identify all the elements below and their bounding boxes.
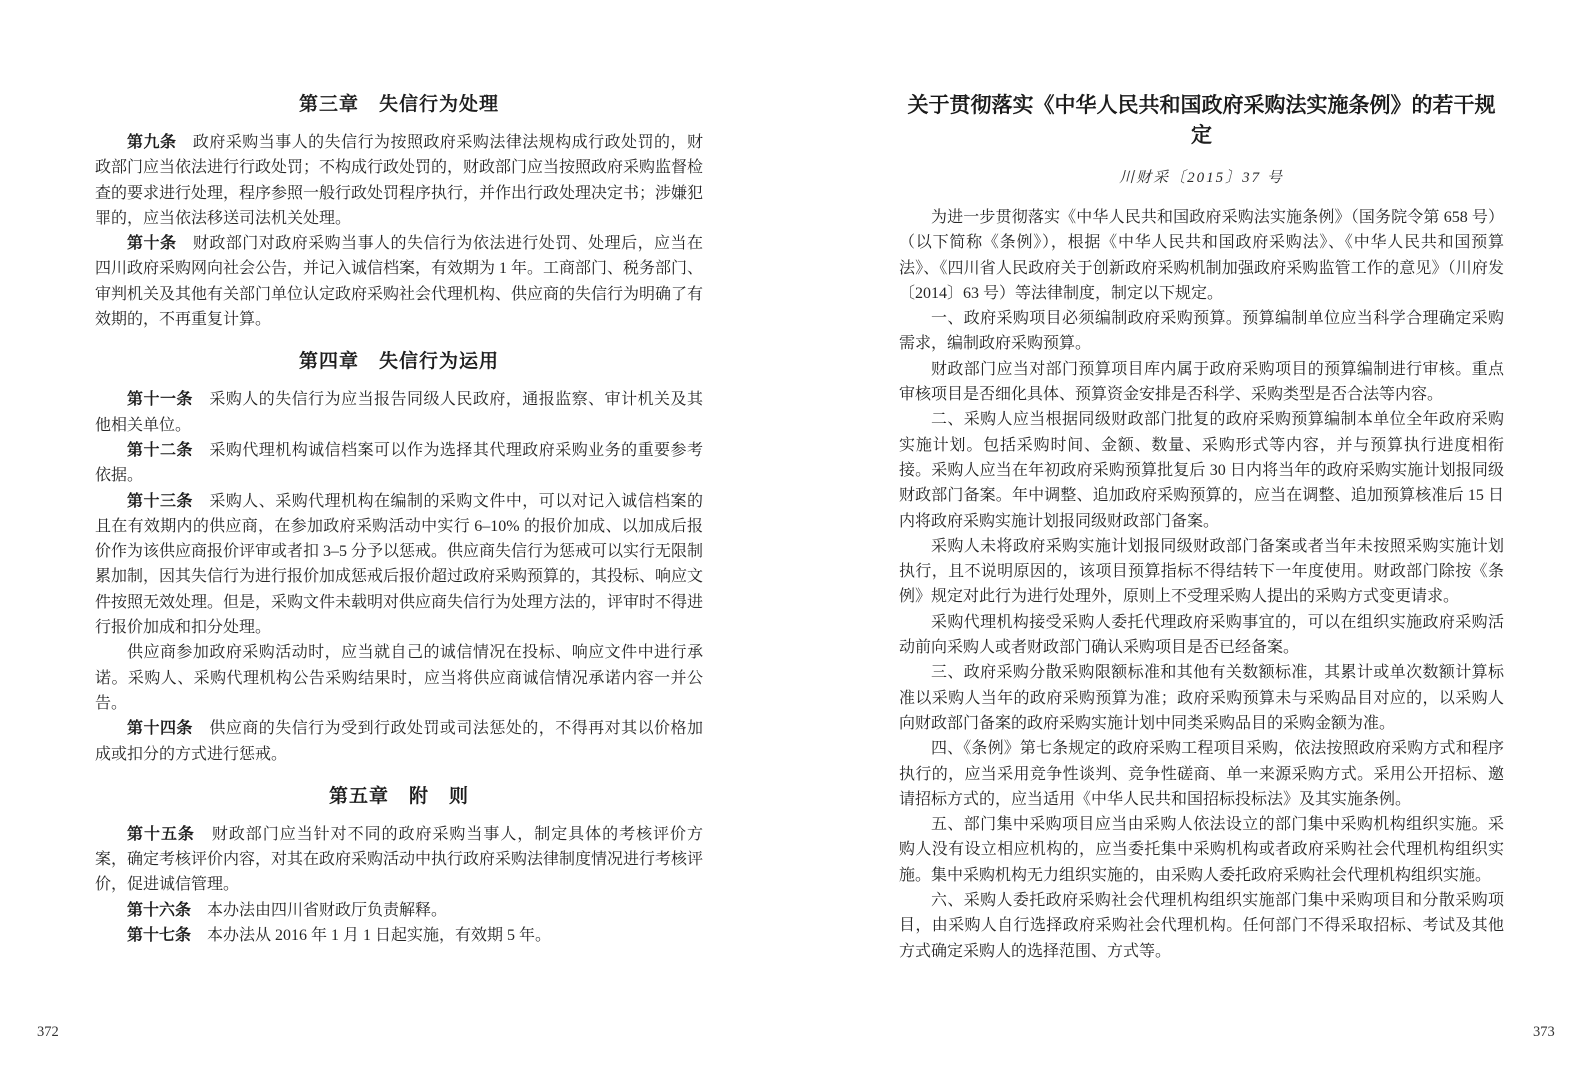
document-title: 关于贯彻落实《中华人民共和国政府采购法实施条例》的若干规定: [899, 90, 1504, 150]
chapter-heading: 第三章 失信行为处理: [95, 92, 703, 118]
body-paragraph: 第十四条 供应商的失信行为受到行政处罚或司法惩处的，不得再对其以价格加成或扣分的…: [95, 716, 703, 767]
article-number-label: 第十六条: [127, 902, 191, 919]
body-paragraph: 第十七条 本办法从 2016 年 1 月 1 日起实施，有效期 5 年。: [95, 923, 703, 948]
page-right-content: 为进一步贯彻落实《中华人民共和国政府采购法实施条例》（国务院令第 658 号）（…: [899, 205, 1504, 964]
article-number-label: 第十五条: [127, 826, 195, 843]
body-paragraph: 第十二条 采购代理机构诚信档案可以作为选择其代理政府采购业务的重要参考依据。: [95, 438, 703, 489]
body-paragraph: 第十一条 采购人的失信行为应当报告同级人民政府，通报监察、审计机关及其他相关单位…: [95, 387, 703, 438]
body-paragraph: 六、采购人委托政府采购社会代理机构组织实施部门集中采购项目和分散采购项目，由采购…: [899, 888, 1504, 964]
page-number-left: 372: [37, 1023, 59, 1041]
body-paragraph: 第十三条 采购人、采购代理机构在编制的采购文件中，可以对记入诚信档案的且在有效期…: [95, 489, 703, 641]
body-paragraph: 第十条 财政部门对政府采购当事人的失信行为依法进行处罚、处理后，应当在四川政府采…: [95, 231, 703, 332]
chapter-heading: 第四章 失信行为运用: [95, 349, 703, 375]
body-paragraph: 四、《条例》第七条规定的政府采购工程项目采购，依法按照政府采购方式和程序执行的，…: [899, 736, 1504, 812]
body-paragraph: 供应商参加政府采购活动时，应当就自己的诚信情况在投标、响应文件中进行承诺。采购人…: [95, 640, 703, 716]
body-paragraph: 第十五条 财政部门应当针对不同的政府采购当事人，制定具体的考核评价方案，确定考核…: [95, 822, 703, 898]
book-spread: 第三章 失信行为处理第九条 政府采购当事人的失信行为按照政府采购法律法规构成行政…: [0, 0, 1587, 1077]
page-left-content: 第三章 失信行为处理第九条 政府采购当事人的失信行为按照政府采购法律法规构成行政…: [95, 92, 703, 948]
article-number-label: 第十一条: [127, 391, 193, 408]
body-paragraph: 为进一步贯彻落实《中华人民共和国政府采购法实施条例》（国务院令第 658 号）（…: [899, 205, 1504, 306]
body-paragraph: 第十六条 本办法由四川省财政厅负责解释。: [95, 898, 703, 923]
body-paragraph: 一、政府采购项目必须编制政府采购预算。预算编制单位应当科学合理确定采购需求，编制…: [899, 306, 1504, 357]
body-paragraph: 采购人未将政府采购实施计划报同级财政部门备案或者当年未按照采购实施计划执行，且不…: [899, 534, 1504, 610]
body-paragraph: 五、部门集中采购项目应当由采购人依法设立的部门集中采购机构组织实施。采购人没有设…: [899, 812, 1504, 888]
article-number-label: 第十二条: [127, 442, 193, 459]
page-left: 第三章 失信行为处理第九条 政府采购当事人的失信行为按照政府采购法律法规构成行政…: [95, 0, 703, 948]
article-number-label: 第十三条: [127, 493, 193, 510]
page-right: 关于贯彻落实《中华人民共和国政府采购法实施条例》的若干规定 川财采〔2015〕3…: [899, 0, 1504, 964]
body-paragraph: 二、采购人应当根据同级财政部门批复的政府采购预算编制本单位全年政府采购实施计划。…: [899, 407, 1504, 533]
body-paragraph: 第九条 政府采购当事人的失信行为按照政府采购法律法规构成行政处罚的，财政部门应当…: [95, 130, 703, 231]
body-paragraph: 采购代理机构接受采购人委托代理政府采购事宜的，可以在组织实施政府采购活动前向采购…: [899, 610, 1504, 661]
body-paragraph: 三、政府采购分散采购限额标准和其他有关数额标准，其累计或单次数额计算标准以采购人…: [899, 660, 1504, 736]
article-number-label: 第十条: [127, 235, 176, 252]
body-paragraph: 财政部门应当对部门预算项目库内属于政府采购项目的预算编制进行审核。重点审核项目是…: [899, 357, 1504, 408]
article-number-label: 第十四条: [127, 720, 193, 737]
chapter-heading: 第五章 附 则: [95, 784, 703, 810]
page-number-right: 373: [1533, 1023, 1555, 1041]
article-number-label: 第九条: [127, 134, 176, 151]
document-number: 川财采〔2015〕37 号: [899, 168, 1504, 188]
article-number-label: 第十七条: [127, 927, 191, 944]
